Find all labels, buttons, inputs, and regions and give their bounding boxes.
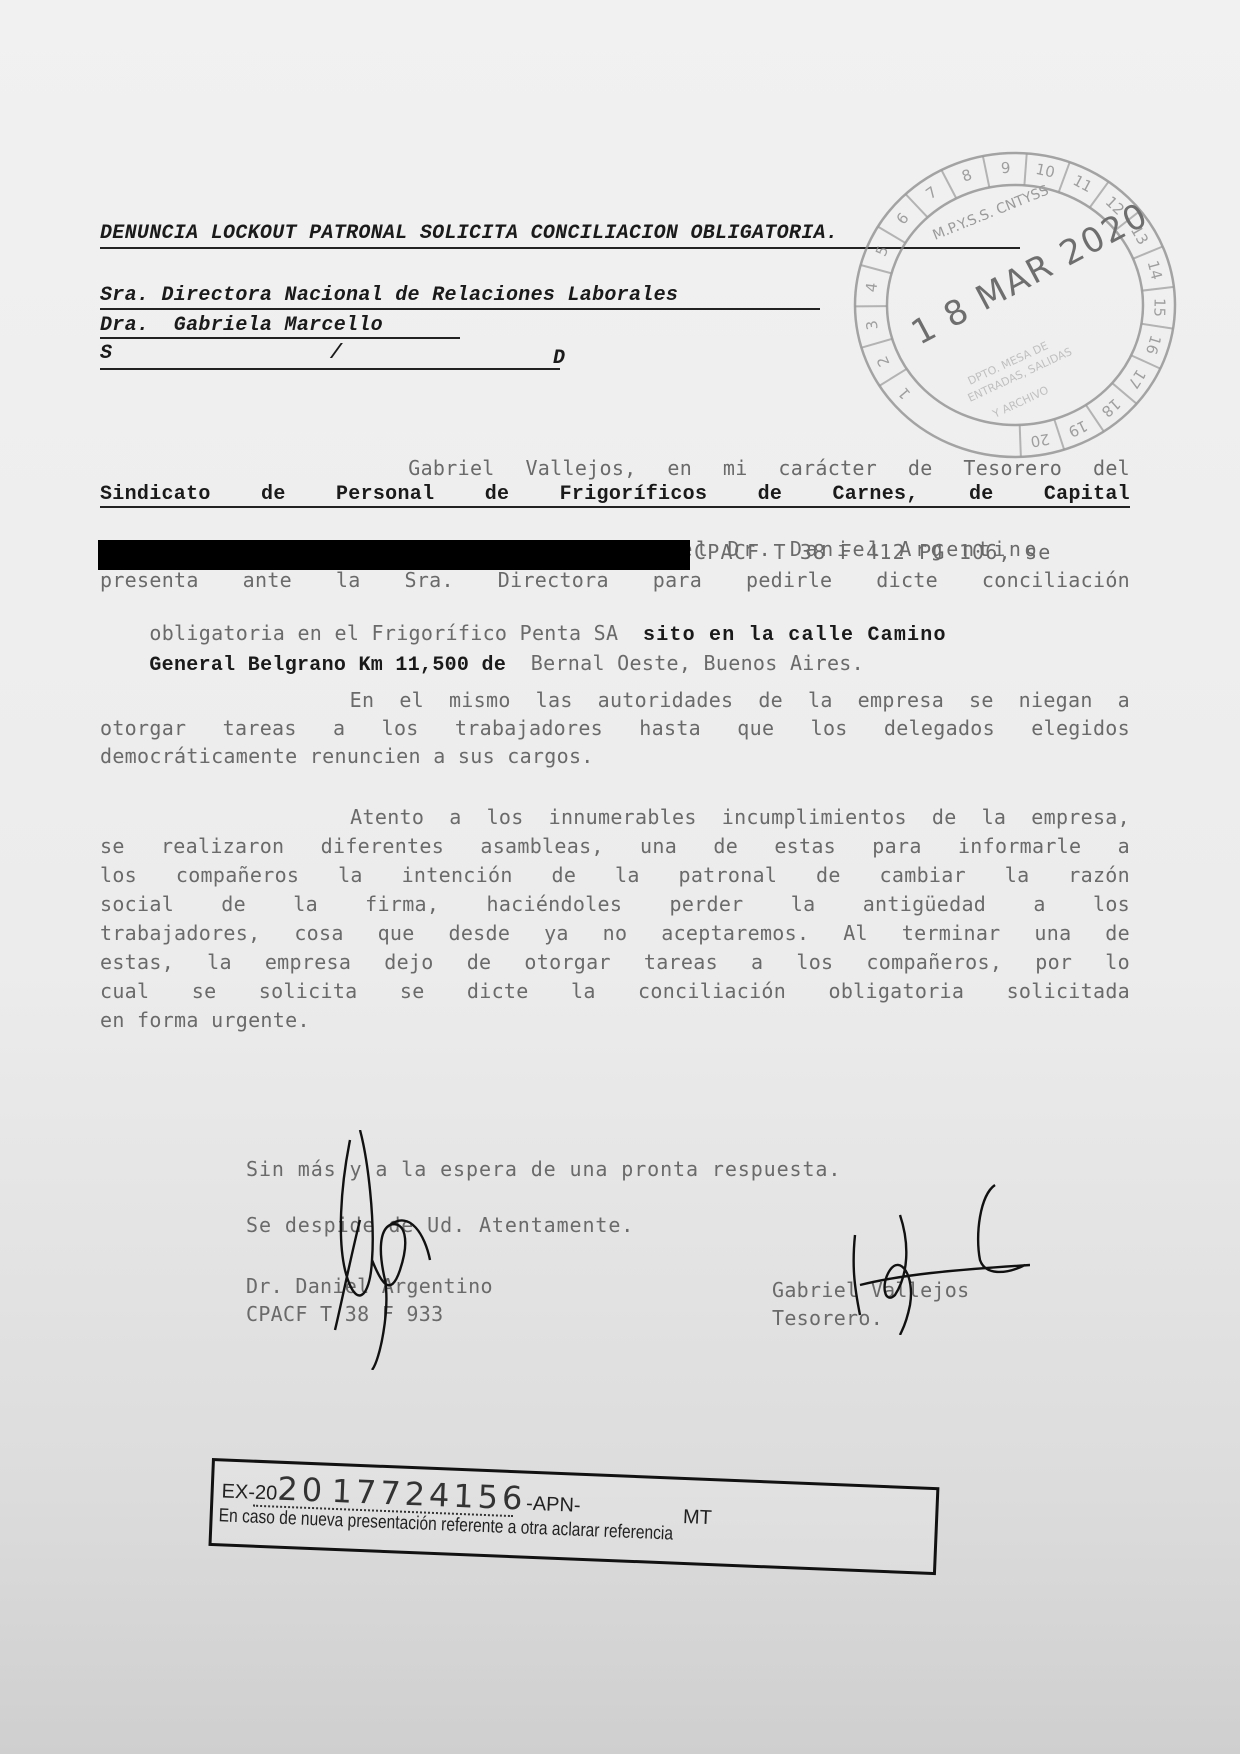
paragraph-1-line-1: Gabriel Vallejos, en mi carácter de Teso… [100, 456, 1130, 480]
expediente-mt: MT [683, 1506, 713, 1530]
paragraph-2-line-3: democráticamente renuncien a sus cargos. [100, 744, 594, 768]
svg-text:6: 6 [893, 209, 913, 228]
addressee-underline-1 [100, 308, 820, 310]
locality-text: Bernal Oeste, Buenos Aires. [518, 651, 864, 675]
svg-text:15: 15 [1150, 298, 1168, 317]
svg-text:10: 10 [1034, 160, 1056, 182]
paragraph-3-line-3: los compañeros la intención de la patron… [100, 863, 1130, 887]
expediente-suffix: -APN- [526, 1493, 581, 1517]
addressee-slash: / [330, 342, 342, 365]
redacted-block [98, 540, 690, 570]
stamp-top-text: M.P.Y.S.S. CNTYSS [931, 183, 1052, 244]
paragraph-3-line-5: trabajadores, cosa que desde ya no acept… [100, 921, 1130, 945]
svg-text:1: 1 [894, 384, 914, 403]
paragraph-3-line-1: Atento a los innumerables incumplimiento… [100, 805, 1130, 829]
paragraph-2-line-1: En el mismo las autoridades de la empres… [100, 688, 1130, 712]
paragraph-3-line-6: estas, la empresa dejo de otorgar tareas… [100, 950, 1130, 974]
addressee-underline-3 [100, 368, 560, 370]
svg-text:17: 17 [1124, 366, 1149, 392]
document-page: DENUNCIA LOCKOUT PATRONAL SOLICITA CONCI… [0, 0, 1240, 1754]
svg-text:4: 4 [862, 282, 881, 294]
address-bold-text-2: General Belgrano Km 11,500 de [149, 654, 518, 677]
paragraph-3-line-4: social de la firma, haciéndoles perder l… [100, 892, 1130, 916]
svg-text:7: 7 [922, 183, 940, 203]
svg-text:2: 2 [873, 353, 893, 369]
expediente-handwritten-year: 20 [277, 1470, 327, 1510]
svg-text:20: 20 [1029, 430, 1051, 451]
svg-text:8: 8 [959, 165, 974, 185]
svg-text:16: 16 [1142, 333, 1165, 356]
expediente-box: EX-2020 17724156-APN- MT En caso de nuev… [208, 1458, 939, 1575]
svg-text:18: 18 [1098, 395, 1124, 421]
svg-text:14: 14 [1144, 259, 1166, 282]
svg-text:3: 3 [862, 319, 881, 331]
paragraph-3-line-7: cual se solicita se dicte la conciliació… [100, 979, 1130, 1003]
paragraph-1-line-2: Sindicato de Personal de Frigoríficos de… [100, 483, 1130, 508]
paragraph-1-line-5: presenta ante la Sra. Directora para ped… [100, 568, 1130, 592]
signature-right [840, 1175, 1030, 1335]
svg-text:19: 19 [1065, 416, 1090, 441]
svg-text:5: 5 [872, 243, 892, 259]
signature-left [320, 1130, 460, 1370]
paragraph-3-line-8: en forma urgente. [100, 1008, 310, 1032]
addressee-s: S [100, 342, 112, 365]
addressee-line-1: Sra. Directora Nacional de Relaciones La… [100, 284, 678, 307]
svg-text:11: 11 [1070, 171, 1095, 196]
addressee-line-2: Dra. Gabriela Marcello [100, 314, 383, 337]
addressee-underline-2 [100, 337, 460, 339]
paragraph-1-line-4: CPACF T 38 F 412 PG 106, se [694, 540, 1052, 564]
document-title: DENUNCIA LOCKOUT PATRONAL SOLICITA CONCI… [100, 222, 838, 245]
addressee-d: D [553, 347, 565, 370]
expediente-prefix: EX-20 [221, 1480, 277, 1504]
svg-text:9: 9 [1000, 159, 1011, 178]
paragraph-2-line-2: otorgar tareas a los trabajadores hasta … [100, 716, 1130, 740]
paragraph-3-line-2: se realizaron diferentes asambleas, una … [100, 834, 1130, 858]
